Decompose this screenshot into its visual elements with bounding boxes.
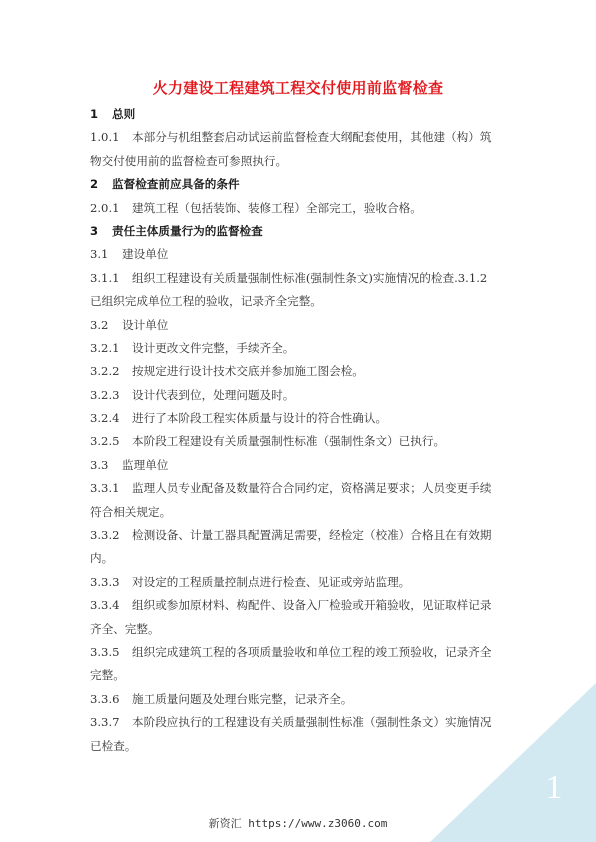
clause-number: 3.3	[90, 454, 122, 477]
clause-text: 本阶段工程建设有关质量强制性标准（强制性条文）已执行。	[132, 434, 445, 448]
clause-number: 3.3.7	[90, 711, 132, 734]
clause-number: 3.2.3	[90, 384, 132, 407]
clause-text: 建设单位	[122, 247, 168, 261]
clause-text: 施工质量问题及处理台账完整，记录齐全。	[132, 692, 352, 706]
paragraph-continuation: 齐全、完整。	[90, 618, 510, 641]
clause-text: 按规定进行设计技术交底并参加施工图会检。	[132, 364, 364, 378]
clause-number: 3.3.1	[90, 477, 132, 500]
clause-text: 已组织完成单位工程的验收，记录齐全完整。	[90, 294, 322, 308]
clause-text: 设计更改文件完整，手续齐全。	[132, 341, 294, 355]
clause-number: 3.2.5	[90, 430, 132, 453]
clause-item: 1.0.1本部分与机组整套启动试运前监督检查大纲配套使用，其他建（构）筑	[90, 126, 510, 149]
clause-text: 对设定的工程质量控制点进行检查、见证或旁站监理。	[132, 575, 410, 589]
clause-number: 3.2.2	[90, 360, 132, 383]
clause-text: 物交付使用前的监督检查可参照执行。	[90, 154, 287, 168]
clause-text: 完整。	[90, 668, 125, 682]
clause-number: 3.3.4	[90, 594, 132, 617]
clause-text: 监督检查前应具备的条件	[112, 177, 240, 191]
clause-text: 设计代表到位，处理问题及时。	[132, 388, 294, 402]
page-number: 1	[540, 768, 568, 808]
section-heading: 1总则	[90, 103, 510, 126]
clause-item: 3.3.7本阶段应执行的工程建设有关质量强制性标准（强制性条文）实施情况	[90, 711, 510, 734]
paragraph-continuation: 完整。	[90, 664, 510, 687]
clause-text: 责任主体质量行为的监督检查	[112, 224, 263, 238]
clause-text: 总则	[112, 107, 135, 121]
clause-item: 3.2.4进行了本阶段工程实体质量与设计的符合性确认。	[90, 407, 510, 430]
section-heading: 3责任主体质量行为的监督检查	[90, 220, 510, 243]
paragraph-continuation: 物交付使用前的监督检查可参照执行。	[90, 150, 510, 173]
clause-text: 检测设备、计量工器具配置满足需要，经检定（校准）合格且在有效期	[132, 528, 491, 542]
clause-item: 3.3.5组织完成建筑工程的各项质量验收和单位工程的竣工预验收，记录齐全	[90, 641, 510, 664]
clause-text: 监理单位	[122, 458, 168, 472]
clause-number: 3.1.1	[90, 267, 132, 290]
clause-number: 3.3.3	[90, 571, 132, 594]
clause-text: 本部分与机组整套启动试运前监督检查大纲配套使用，其他建（构）筑	[132, 130, 491, 144]
clause-number: 3.2	[90, 314, 122, 337]
clause-item: 3.2.2按规定进行设计技术交底并参加施工图会检。	[90, 360, 510, 383]
clause-number: 2.0.1	[90, 197, 132, 220]
clause-text: 监理人员专业配备及数量符合合同约定，资格满足要求；人员变更手续	[132, 481, 491, 495]
subsection-heading: 3.2设计单位	[90, 314, 510, 337]
paragraph-continuation: 已检查。	[90, 735, 510, 758]
clause-item: 3.2.5本阶段工程建设有关质量强制性标准（强制性条文）已执行。	[90, 430, 510, 453]
paragraph-continuation: 内。	[90, 547, 510, 570]
clause-number: 3.3.2	[90, 524, 132, 547]
clause-text: 组织或参加原材料、构配件、设备入厂检验或开箱验收，见证取样记录	[132, 598, 491, 612]
document-body: 1总则1.0.1本部分与机组整套启动试运前监督检查大纲配套使用，其他建（构）筑物…	[90, 103, 510, 758]
clause-text: 组织完成建筑工程的各项质量验收和单位工程的竣工预验收，记录齐全	[132, 645, 491, 659]
clause-number: 3	[90, 220, 112, 243]
clause-number: 3.3.5	[90, 641, 132, 664]
clause-text: 建筑工程（包括装饰、装修工程）全部完工，验收合格。	[132, 201, 422, 215]
clause-item: 2.0.1建筑工程（包括装饰、装修工程）全部完工，验收合格。	[90, 197, 510, 220]
clause-text: 设计单位	[122, 318, 168, 332]
clause-item: 3.3.2检测设备、计量工器具配置满足需要，经检定（校准）合格且在有效期	[90, 524, 510, 547]
clause-item: 3.2.3设计代表到位，处理问题及时。	[90, 384, 510, 407]
clause-item: 3.1.1组织工程建设有关质量强制性标准(强制性条文)实施情况的检查.3.1.2	[90, 267, 510, 290]
clause-item: 3.3.1监理人员专业配备及数量符合合同约定，资格满足要求；人员变更手续	[90, 477, 510, 500]
clause-text: 内。	[90, 551, 113, 565]
paragraph-continuation: 符合相关规定。	[90, 501, 510, 524]
clause-item: 3.3.3对设定的工程质量控制点进行检查、见证或旁站监理。	[90, 571, 510, 594]
clause-item: 3.2.1设计更改文件完整，手续齐全。	[90, 337, 510, 360]
clause-text: 本阶段应执行的工程建设有关质量强制性标准（强制性条文）实施情况	[132, 715, 491, 729]
clause-number: 3.1	[90, 243, 122, 266]
clause-number: 3.3.6	[90, 688, 132, 711]
clause-number: 3.2.4	[90, 407, 132, 430]
clause-item: 3.3.4组织或参加原材料、构配件、设备入厂检验或开箱验收，见证取样记录	[90, 594, 510, 617]
clause-number: 2	[90, 173, 112, 196]
section-heading: 2监督检查前应具备的条件	[90, 173, 510, 196]
footer-watermark: 新资汇 https://www.z3060.com	[0, 815, 596, 831]
document-title: 火力建设工程建筑工程交付使用前监督检查	[0, 76, 596, 100]
clause-item: 3.3.6施工质量问题及处理台账完整，记录齐全。	[90, 688, 510, 711]
clause-text: 已检查。	[90, 739, 136, 753]
paragraph-continuation: 已组织完成单位工程的验收，记录齐全完整。	[90, 290, 510, 313]
clause-number: 1.0.1	[90, 126, 132, 149]
subsection-heading: 3.1建设单位	[90, 243, 510, 266]
clause-text: 符合相关规定。	[90, 505, 171, 519]
clause-number: 1	[90, 103, 112, 126]
clause-text: 进行了本阶段工程实体质量与设计的符合性确认。	[132, 411, 387, 425]
clause-text: 齐全、完整。	[90, 622, 160, 636]
subsection-heading: 3.3监理单位	[90, 454, 510, 477]
clause-text: 组织工程建设有关质量强制性标准(强制性条文)实施情况的检查.3.1.2	[132, 271, 487, 285]
clause-number: 3.2.1	[90, 337, 132, 360]
